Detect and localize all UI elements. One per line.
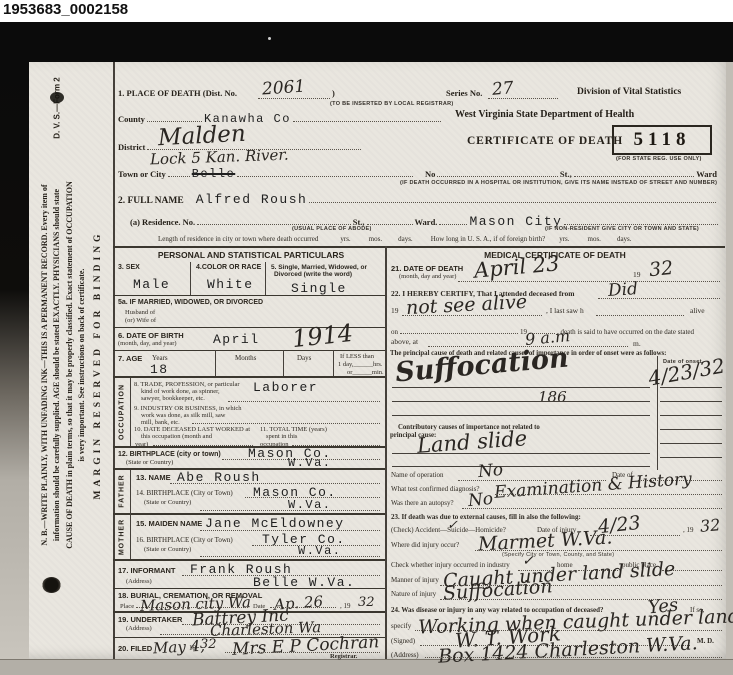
rule — [215, 350, 216, 376]
rule — [113, 513, 385, 515]
dotted-leader — [147, 110, 202, 122]
dotted-leader — [170, 483, 380, 484]
husband-of-label: Husband of — [125, 309, 155, 316]
rule — [392, 453, 650, 454]
signed-label: (Signed) — [391, 637, 415, 645]
wife-of-label: (or) Wife of — [125, 317, 156, 324]
fullname-label: 2. FULL NAME — [118, 196, 184, 206]
undertaker-sub-label: (Address) — [126, 625, 152, 632]
dotted-leader — [258, 98, 330, 99]
external-causes-note: 23. If death was due to external causes,… — [391, 513, 581, 521]
ward-label2: Ward. — [415, 217, 438, 227]
usa-note: How long in U. S. A., if of foreign birt… — [431, 235, 546, 243]
ink-blot — [50, 92, 64, 103]
length-of-residence-line: Length of residence in city or town wher… — [158, 235, 720, 243]
dotted-leader — [402, 315, 542, 316]
scanned-death-certificate: { "page": { "id_label": "1953683_0002158… — [0, 0, 733, 675]
totaltime-label1: 11. TOTAL TIME (years) — [260, 426, 327, 433]
age-less-line3: or______min. — [347, 369, 384, 376]
where-injury-label: Where did injury occur? — [391, 541, 459, 549]
registrar-label: Registrar. — [330, 653, 357, 660]
length-note: Length of residence in city or town wher… — [158, 235, 318, 243]
rule — [113, 62, 115, 659]
father-vertical-label: FATHER — [119, 474, 126, 507]
totaltime-label2: spent in this — [266, 433, 297, 440]
lastworked-label2: this occupation (month and — [141, 433, 212, 440]
certify-line2-mid: , I last saw h — [546, 306, 584, 315]
specify-label: specify — [391, 622, 411, 630]
nature-of-injury-label: Nature of injury — [391, 590, 436, 598]
dotted-leader — [197, 213, 351, 225]
trade-label1: 8. TRADE, PROFESSION, or particular — [134, 381, 240, 388]
operation-label: Name of operation — [391, 471, 443, 479]
industry-label3: mill, bank, etc. — [141, 419, 180, 426]
rule — [392, 401, 650, 402]
industry-label1: 9. INDUSTRY OR BUSINESS, in which — [134, 405, 242, 412]
birthplace-label: 12. BIRTHPLACE (city or town) — [118, 451, 221, 458]
dotted-leader — [200, 530, 380, 531]
rule — [265, 262, 266, 295]
rule — [392, 466, 650, 467]
dotted-leader — [458, 281, 720, 282]
informant-sub-label: (Address) — [126, 578, 152, 585]
series-label: Series No. — [446, 88, 482, 98]
dotted-leader — [192, 423, 380, 424]
no-label: No — [425, 169, 435, 179]
age-days-label: Days — [297, 354, 311, 362]
hospital-note: (IF DEATH OCCURRED IN A HOSPITAL OR INST… — [400, 180, 717, 186]
dotted-leader — [439, 213, 467, 225]
dob-label: 6. DATE OF BIRTH — [118, 331, 184, 340]
undertaker-label: 19. UNDERTAKER — [118, 615, 182, 624]
certify-line4b: m. — [633, 339, 641, 348]
filed-date-value: May 4, — [153, 637, 206, 658]
test-label: What test confirmed diagnosis? — [391, 485, 479, 493]
dotted-leader — [168, 165, 190, 177]
filed-year-value: 32 — [200, 637, 217, 652]
mos-label2: mos. — [588, 235, 601, 243]
dotted-leader — [495, 494, 722, 495]
rule — [283, 350, 284, 376]
injury-year-value: 32 — [699, 515, 721, 536]
dotted-leader — [367, 213, 413, 225]
dotted-leader — [596, 315, 684, 316]
rule — [190, 262, 191, 295]
place-close-paren: ) — [332, 88, 335, 98]
nonresident-note: (IF NON-RESIDENT GIVE CITY OR TOWN AND S… — [545, 226, 699, 232]
abode-note: (USUAL PLACE OF ABODE) — [292, 226, 372, 232]
county-label: County — [118, 114, 145, 124]
father-bp-label: 14. BIRTHPLACE (City or Town) — [136, 489, 233, 497]
certificate-title: CERTIFICATE OF DEATH — [467, 135, 623, 147]
mother-name-label: 15. MAIDEN NAME — [136, 519, 202, 528]
dotted-leader — [488, 98, 558, 99]
dod-year-prefix: 19 — [633, 270, 641, 279]
district-label: District — [118, 142, 145, 152]
dotted-leader — [598, 298, 720, 299]
yrs-label: yrs. — [340, 235, 350, 243]
marital-value: Single — [291, 281, 347, 296]
dotted-leader — [228, 401, 380, 402]
scan-id-label: 1953683_0002158 — [3, 1, 128, 18]
mother-bp-label: 16. BIRTHPLACE (City or Town) — [136, 536, 233, 544]
rule — [113, 350, 385, 351]
scan-left-edge — [0, 62, 29, 660]
certify-line2-end: alive — [690, 306, 705, 315]
fullname-value: Alfred Roush — [196, 192, 308, 207]
where-injury-sub-label: (Specify City or Town, County, and State… — [502, 552, 614, 558]
dotted-leader — [200, 510, 380, 511]
dotted-leader — [574, 165, 695, 177]
marital-label2: Divorced (write the word) — [274, 271, 352, 278]
dotted-leader — [437, 165, 558, 177]
age-label: 7. AGE — [118, 354, 142, 363]
district-number-value: 2061 — [261, 77, 306, 100]
mother-vertical-label: MOTHER — [119, 519, 126, 555]
dotted-leader — [425, 657, 722, 658]
dotted-leader — [440, 599, 722, 600]
rule — [660, 401, 722, 402]
rule — [660, 429, 722, 430]
if-married-label: 5a. IF MARRIED, WIDOWED, OR DIVORCED — [118, 299, 263, 306]
filed-year-prefix: 19 — [189, 644, 196, 652]
rule — [113, 559, 385, 561]
dob-month-value: April — [213, 332, 260, 347]
injury-year-prefix: , 19 — [683, 526, 694, 534]
dotted-leader — [400, 322, 518, 334]
rule — [392, 415, 650, 416]
margin-note-line1: N. B.—WRITE PLAINLY, WITH UNFADING INK—T… — [39, 85, 51, 645]
rule — [660, 443, 722, 444]
race-value: White — [207, 277, 254, 292]
dotted-leader — [475, 550, 722, 551]
birthplace-sub-label: (State or Country) — [126, 459, 173, 466]
form-number-label: D. V. S.—Form 2 — [53, 77, 62, 139]
age-less-line2: 1 day,______hrs. — [338, 361, 383, 368]
cause-code-value: 186 — [538, 388, 567, 406]
date-of-death-sub: (month, day and year) — [399, 273, 456, 280]
dob-sub-label: (month, day, and year) — [118, 340, 177, 347]
date-of-death-label: 21. DATE OF DEATH — [391, 264, 463, 273]
lastworked-label3: year) — [135, 441, 148, 448]
state-reg-note: (FOR STATE REG. USE ONLY) — [616, 156, 702, 162]
certificate-number-box: 5118 — [612, 125, 712, 155]
lastworked-label1: 10. DATE DECEASED LAST WORKED at — [134, 426, 250, 433]
trade-label2: kind of work done, as spinner, — [141, 388, 220, 395]
margin-binding-label: MARGIN RESERVED FOR BINDING — [90, 85, 105, 645]
age-years-label: Years — [152, 354, 168, 362]
scan-speck — [268, 37, 271, 40]
personal-section-header: PERSONAL AND STATISTICAL PARTICULARS — [120, 250, 382, 260]
industry-label2: work was done, as silk mill, saw — [141, 412, 226, 419]
margin-note-line3: CAUSE OF DEATH in plain terms, so that i… — [64, 85, 76, 645]
father-bp-sub-label: (State or Country) — [144, 499, 191, 506]
certify-line3a: on — [391, 328, 398, 336]
certify-line4a: above, at — [391, 337, 418, 346]
physician-address-label: (Address) — [391, 651, 419, 659]
dotted-leader — [237, 165, 413, 177]
dotted-leader — [309, 191, 716, 203]
accident-checkmark: ✓ — [447, 518, 458, 533]
burial-year-value: 32 — [358, 595, 375, 610]
dotted-leader — [153, 445, 253, 446]
certificate-number: 5118 — [634, 129, 691, 150]
filed-label: 20. FILED — [118, 644, 152, 653]
age-less-line1: If LESS than — [340, 353, 374, 360]
mother-bp-sub-label: (State or Country) — [144, 546, 191, 553]
autopsy-label: Was there an autopsy? — [391, 499, 454, 507]
town-line: Town or City Belle — [118, 165, 415, 181]
informant-address-value: Belle W.Va. — [253, 575, 355, 590]
town-label: Town or City — [118, 169, 166, 179]
race-label: 4.COLOR OR RACE — [196, 264, 261, 271]
residence-label: (a) Residence. No. — [130, 217, 195, 227]
mos-label: mos. — [369, 235, 382, 243]
department-title: West Virginia State Department of Health — [455, 109, 634, 120]
place-of-death-label: 1. PLACE OF DEATH (Dist. No. — [118, 88, 237, 98]
yrs-label2: yrs. — [559, 235, 569, 243]
rule — [113, 246, 725, 248]
sex-value: Male — [133, 277, 170, 292]
ward-label: Ward — [696, 169, 717, 179]
operation-value: No — [477, 460, 504, 482]
md-label: M. D. — [697, 637, 714, 645]
sex-label: 3. SEX — [118, 264, 140, 271]
margin-note-line2: information should be carefully supplied… — [51, 85, 63, 645]
burial-year-prefix: , 19 — [340, 602, 351, 610]
town-value: Belle — [192, 167, 236, 181]
trade-value: Laborer — [253, 380, 318, 395]
registrar-note: (TO BE INSERTED BY LOCAL REGISTRAR) — [330, 101, 454, 107]
series-value: 27 — [491, 78, 514, 100]
st-label: St., — [560, 169, 572, 179]
days-label2: days. — [617, 235, 632, 243]
dotted-leader — [200, 556, 380, 557]
rule — [660, 457, 722, 458]
scan-right-edge — [726, 62, 733, 660]
dotted-leader — [293, 110, 441, 122]
dotted-leader — [462, 508, 722, 509]
division-title: Division of Vital Statistics — [577, 87, 681, 97]
fullname-line: 2. FULL NAME Alfred Roush — [118, 191, 718, 207]
birthplace-state-value: W.Va. — [288, 456, 332, 470]
margin-note-line4: is very important. See instructions on b… — [76, 85, 88, 645]
burial-place-label: Place — [120, 603, 134, 610]
informant-label: 17. INFORMANT — [118, 566, 176, 575]
manner-of-injury-label: Manner of injury — [391, 576, 439, 584]
no-st-ward-line: No St., Ward — [425, 165, 717, 179]
days-label: days. — [398, 235, 413, 243]
father-name-label: 13. NAME — [136, 473, 171, 482]
county-line: County Kanawha Co — [118, 110, 443, 126]
rule — [660, 387, 722, 388]
trade-label3: sawyer, bookkeeper, etc. — [141, 395, 205, 402]
age-months-label: Months — [235, 354, 256, 362]
rule — [333, 350, 334, 376]
dotted-leader — [564, 213, 718, 225]
rule — [392, 387, 650, 388]
rule — [385, 246, 387, 659]
rule — [130, 378, 131, 446]
marital-label: 5. Single, Married, Widowed, or — [271, 264, 367, 271]
dod-year-value: 32 — [648, 257, 674, 281]
rule — [660, 415, 722, 416]
certify-line3c: , death is said to have occurred on the … — [557, 328, 694, 336]
scan-bottom-edge — [0, 659, 733, 675]
mother-name-value: Jane McEldowney — [205, 516, 345, 531]
scan-black-band — [0, 22, 733, 62]
certify-line2-prefix: 19 — [391, 306, 399, 315]
hole-punch-mark — [42, 577, 61, 593]
rule — [130, 470, 131, 559]
occupation-vertical-label: OCCUPATION — [119, 384, 126, 440]
age-years-value: 18 — [150, 362, 169, 377]
